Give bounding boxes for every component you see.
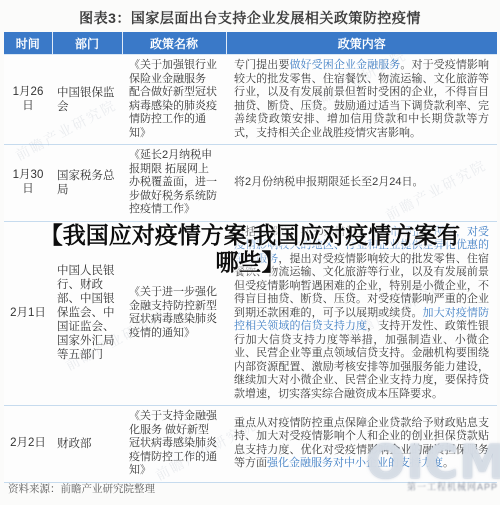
header-dept: 部门: [52, 32, 122, 55]
time-cell: 2月2日: [4, 406, 52, 483]
policy-name-cell: 《关于支持金融强化服务 做好新型冠状病毒感染肺炎疫情防控工作的通知》: [122, 406, 226, 483]
table-row: 1月30日 国家税务总局 《延长2月纳税申报期限 拓展网上办税覆盖面，进一步做好…: [4, 145, 497, 222]
time-cell: 1月30日: [4, 145, 52, 222]
department-cell: 国家税务总局: [52, 145, 122, 222]
policy-name-cell: 《延长2月纳税申报期限 拓展网上办税覆盖面，进一步做好税务系统防控疫情工作》: [122, 145, 226, 222]
policy-content-cell: 专门提出要做好受困企业金融服务。对于受疫情影响较大的批发零售、住宿餐饮、物流运输…: [226, 55, 497, 145]
header-time: 时间: [4, 32, 52, 55]
page-title: 图表3：国家层面出台支持企业发展相关政策防控疫情: [0, 8, 500, 28]
screenshot-root: 前瞻产业研究院 前瞻产业研究院 前瞻产业研究院 前瞻产业研究院 前瞻产业研究院 …: [0, 0, 500, 505]
time-cell: 1月26日: [4, 55, 52, 145]
policy-name-cell: 《关于加强银行业保险业金融服务 配合做好新型冠状病毒感染的肺炎疫情防控工作的通知…: [122, 55, 226, 145]
department-cell: 财政部: [52, 406, 122, 483]
header-name: 政策名称: [122, 32, 226, 55]
header-content: 政策内容: [226, 32, 497, 55]
corner-watermark-caption: 第一工程机械网APP: [407, 480, 498, 493]
table-row: 1月26日 中国银保监会 《关于加强银行业保险业金融服务 配合做好新型冠状病毒感…: [4, 55, 497, 145]
table-header-row: 时间 部门 政策名称 政策内容: [4, 32, 497, 55]
department-cell: 中国银保监会: [52, 55, 122, 145]
source-note: 资料来源：前瞻产业研究院整理: [8, 481, 155, 496]
content-highlight-text: 做好受困企业金融服务: [289, 59, 400, 71]
content-text: 专门提出要: [234, 59, 289, 71]
content-text: 将2月份纳税申报期限延长至2月24日。: [234, 176, 423, 188]
overlay-watermark-text: 【我国应对疫情方案,我国应对疫情方案有哪些】: [0, 222, 500, 276]
policy-content-cell: 将2月份纳税申报期限延长至2月24日。: [226, 145, 497, 222]
